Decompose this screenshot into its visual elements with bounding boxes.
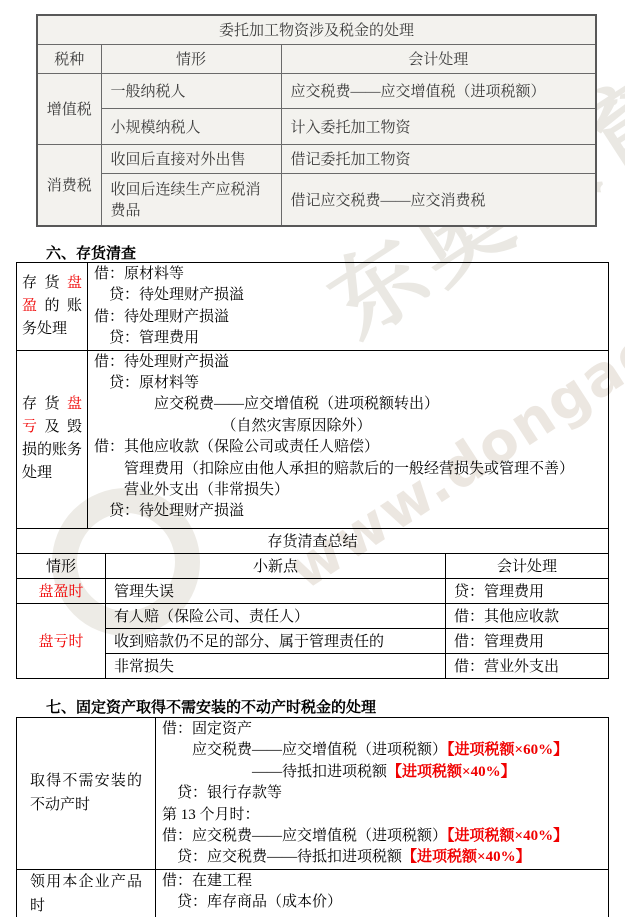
journal-line: 借：其他应收款（保险公司或责任人赔偿） bbox=[94, 437, 604, 458]
label-text: 存货 bbox=[22, 396, 67, 412]
summary-point-cell: 非常损失 bbox=[106, 653, 446, 678]
deficit-label-cell: 存货盘亏及毁损的账务处理 bbox=[17, 350, 88, 528]
journal-line: 贷：原材料等 bbox=[94, 373, 604, 394]
deficit-label: 存货盘亏及毁损的账务处理 bbox=[22, 393, 82, 485]
table-row: 取得不需安装的不动产时 借：固定资产 应交税费——应交增值税（进项税额）【进项税… bbox=[17, 718, 609, 870]
fixed-asset-property-tax-table: 取得不需安装的不动产时 借：固定资产 应交税费——应交增值税（进项税额）【进项税… bbox=[16, 717, 609, 917]
summary-treatment-cell: 借：营业外支出 bbox=[446, 653, 609, 678]
surplus-journal-cell: 借：原材料等 贷：待处理财产损溢 借：待处理财产损溢 贷：管理费用 bbox=[88, 263, 609, 351]
table-row: 小规模纳税人 计入委托加工物资 bbox=[37, 108, 596, 144]
summary-title-cell: 存货清查总结 bbox=[17, 528, 609, 553]
summary-header-case: 情形 bbox=[17, 553, 106, 578]
acquisition-label-cell: 取得不需安装的不动产时 bbox=[17, 718, 156, 870]
summary-point-cell: 有人赔（保险公司、责任人） bbox=[106, 603, 446, 628]
summary-header-accounting: 会计处理 bbox=[446, 553, 609, 578]
journal-line: 借：在建工程 bbox=[162, 871, 604, 892]
journal-red-note: 【进项税额×60%】 bbox=[447, 742, 568, 758]
summary-header-point: 小新点 bbox=[106, 553, 446, 578]
tax-type-cell: 增值税 bbox=[37, 73, 101, 144]
treatment-cell: 应交税费——应交增值税（进项税额） bbox=[281, 73, 596, 108]
summary-treatment-cell: 借：管理费用 bbox=[446, 628, 609, 653]
journal-line: 应交税费——应交增值税（进项税额转出） bbox=[94, 394, 604, 415]
section7-heading: 七、固定资产取得不需安装的不动产时税金的处理 bbox=[46, 696, 376, 717]
journal-line: 贷：待处理财产损溢 bbox=[94, 285, 604, 306]
summary-point-cell: 收到赔款仍不足的部分、属于管理责任的 bbox=[106, 628, 446, 653]
table-row: 收回后连续生产应税消费品 借记应交税费——应交消费税 bbox=[37, 173, 596, 226]
journal-text: 贷：应交税费——待抵扣进项税额 bbox=[162, 849, 402, 865]
treatment-cell: 借记委托加工物资 bbox=[281, 144, 596, 173]
journal-line: 借：固定资产 bbox=[162, 719, 604, 740]
treatment-cell: 借记应交税费——应交消费税 bbox=[281, 173, 596, 226]
journal-line: 贷：银行存款等 bbox=[162, 783, 604, 804]
case-cell: 一般纳税人 bbox=[101, 73, 281, 108]
summary-treatment-cell: 贷：管理费用 bbox=[446, 578, 609, 603]
journal-text: 借：固定资产 bbox=[162, 721, 252, 737]
journal-line: 贷：应交税费——待抵扣进项税额【进项税额×40%】 bbox=[162, 847, 604, 868]
journal-text: 借：在建工程 bbox=[162, 873, 252, 889]
journal-line: 贷：待处理财产损溢 bbox=[94, 501, 604, 522]
journal-line: 借：待处理财产损溢 bbox=[94, 352, 604, 373]
journal-text: ——待抵扣进项税额 bbox=[162, 764, 387, 780]
surplus-label-cell: 存货盘盈的账务处理 bbox=[17, 263, 88, 351]
deficit-journal-cell: 借：待处理财产损溢 贷：原材料等 应交税费——应交增值税（进项税额转出） （自然… bbox=[88, 350, 609, 528]
table-row: 盘盈时 管理失误 贷：管理费用 bbox=[17, 578, 609, 603]
own-product-label-cell: 领用本企业产品时 bbox=[17, 869, 156, 917]
table-row: 存货清查总结 bbox=[17, 528, 609, 553]
section6-heading: 六、存货清查 bbox=[46, 242, 136, 263]
deficit-case-label-cell: 盘亏时 bbox=[17, 603, 106, 678]
journal-line: 借：应交税费——应交增值税（进项税额）【进项税额×40%】 bbox=[162, 826, 604, 847]
acquisition-journal-cell: 借：固定资产 应交税费——应交增值税（进项税额）【进项税额×60%】 ——待抵扣… bbox=[156, 718, 609, 870]
journal-line: 管理费用（扣除应由他人承担的赔款后的一般经营损失或管理不善） bbox=[94, 459, 604, 480]
summary-treatment-cell: 借：其他应收款 bbox=[446, 603, 609, 628]
journal-red-note: 【进项税额×40%】 bbox=[387, 764, 516, 780]
journal-line: 应交税费——应交增值税（进项税额）【进项税额×60%】 bbox=[162, 740, 604, 761]
surplus-label: 存货盘盈的账务处理 bbox=[22, 272, 82, 341]
journal-line: 借：原材料等 bbox=[94, 264, 604, 285]
column-header-case: 情形 bbox=[101, 44, 281, 73]
journal-red-note: 【进项税额×40%】 bbox=[402, 849, 531, 865]
journal-line: 营业外支出（非常损失） bbox=[94, 480, 604, 501]
tax-type-cell: 消费税 bbox=[37, 144, 101, 226]
journal-line: 借：待处理财产损溢 bbox=[94, 307, 604, 328]
column-header-accounting: 会计处理 bbox=[281, 44, 596, 73]
column-header-tax-type: 税种 bbox=[37, 44, 101, 73]
journal-line: 贷：库存商品（成本价） bbox=[162, 892, 604, 913]
table-row: 存货盘盈的账务处理 借：原材料等 贷：待处理财产损溢 借：待处理财产损溢 贷：管… bbox=[17, 263, 609, 351]
journal-line: （自然灾害原因除外） bbox=[94, 416, 604, 437]
treatment-cell: 计入委托加工物资 bbox=[281, 108, 596, 144]
own-product-journal-cell: 借：在建工程 贷：库存商品（成本价） bbox=[156, 869, 609, 917]
surplus-case-label-cell: 盘盈时 bbox=[17, 578, 106, 603]
table-row: 非常损失 借：营业外支出 bbox=[17, 653, 609, 678]
journal-text: 第 13 个月时： bbox=[162, 807, 260, 823]
table-row: 增值税 一般纳税人 应交税费——应交增值税（进项税额） bbox=[37, 73, 596, 108]
journal-text: 贷：银行存款等 bbox=[162, 785, 282, 801]
table-row: 存货盘亏及毁损的账务处理 借：待处理财产损溢 贷：原材料等 应交税费——应交增值… bbox=[17, 350, 609, 528]
journal-text: 应交税费——应交增值税（进项税额） bbox=[162, 742, 447, 758]
table-row: 领用本企业产品时 借：在建工程 贷：库存商品（成本价） bbox=[17, 869, 609, 917]
journal-line: ——待抵扣进项税额【进项税额×40%】 bbox=[162, 762, 604, 783]
table-row: 盘亏时 有人赔（保险公司、责任人） 借：其他应收款 bbox=[17, 603, 609, 628]
table-row: 消费税 收回后直接对外出售 借记委托加工物资 bbox=[37, 144, 596, 173]
case-cell: 收回后直接对外出售 bbox=[101, 144, 281, 173]
label-text: 存货 bbox=[22, 275, 67, 291]
table-title: 委托加工物资涉及税金的处理 bbox=[37, 15, 596, 44]
journal-line: 第 13 个月时： bbox=[162, 805, 604, 826]
table-row: 收到赔款仍不足的部分、属于管理责任的 借：管理费用 bbox=[17, 628, 609, 653]
table-row: 情形 小新点 会计处理 bbox=[17, 553, 609, 578]
case-cell: 小规模纳税人 bbox=[101, 108, 281, 144]
journal-text: 借：应交税费——应交增值税（进项税额） bbox=[162, 828, 447, 844]
summary-point-cell: 管理失误 bbox=[106, 578, 446, 603]
journal-line: 贷：管理费用 bbox=[94, 328, 604, 349]
case-cell: 收回后连续生产应税消费品 bbox=[101, 173, 281, 226]
inventory-check-table: 存货盘盈的账务处理 借：原材料等 贷：待处理财产损溢 借：待处理财产损溢 贷：管… bbox=[16, 262, 609, 679]
journal-text: 贷：库存商品（成本价） bbox=[162, 894, 342, 910]
commissioned-processing-tax-table: 委托加工物资涉及税金的处理 税种 情形 会计处理 增值税 一般纳税人 应交税费—… bbox=[36, 14, 597, 227]
journal-red-note: 【进项税额×40%】 bbox=[447, 828, 568, 844]
